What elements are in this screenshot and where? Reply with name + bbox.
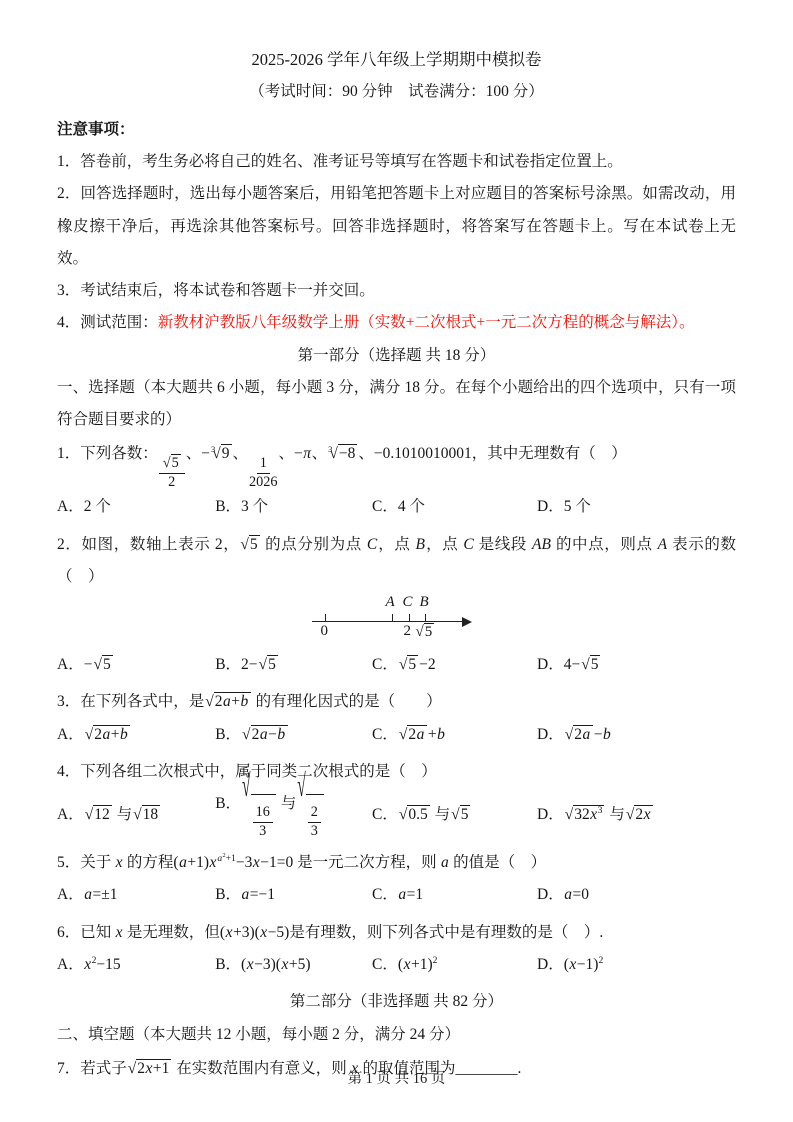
q6-option-c: C．(x+1)2: [372, 950, 537, 979]
notice-item-2: 2．回答选择题时，选出每小题答案后，用铅笔把答题卡上对应题目的答案标号涂黑。如需…: [57, 178, 736, 275]
q5-option-b: B．a=−1: [215, 880, 372, 909]
q2-option-c: C．√5−2: [372, 650, 537, 679]
question-4-options: A．√12 与√18 B．√163 与√23 C．√0.5 与√5 D．√32x…: [57, 789, 736, 840]
number-line-point-b-label: B: [420, 594, 429, 611]
q5-option-d: D．a=0: [537, 880, 736, 909]
page-footer: 第 1 页 共 16 页: [0, 1067, 793, 1088]
notice-item-4-scope: 新教材沪教版八年级数学上册（实数+二次根式+一元二次方程的概念与解法）。: [158, 314, 695, 331]
number-line-tick-b: [425, 614, 427, 622]
number-line-axis: [312, 621, 464, 622]
question-5-options: A．a=±1 B．a=−1 C．a=1 D．a=0: [57, 880, 736, 909]
exam-page: 2025-2026 学年八年级上学期期中模拟卷 （考试时间：90 分钟 试卷满分…: [0, 0, 793, 1122]
question-1-options: A．2 个 B．3 个 C．4 个 D．5 个: [57, 492, 736, 521]
q1-option-c: C．4 个: [372, 492, 537, 521]
section1-intro: 一、选择题（本大题共 6 小题，每小题 3 分，满分 18 分。在每个小题给出的…: [57, 372, 736, 436]
number-line-point-c-label: C: [403, 594, 413, 611]
q2-option-b: B．2−√5: [215, 650, 372, 679]
part1-heading: 第一部分（选择题 共 18 分）: [57, 340, 736, 372]
q1-option-a: A．2 个: [57, 492, 215, 521]
q1-option-b: B．3 个: [215, 492, 372, 521]
q6-option-d: D．(x−1)2: [537, 950, 736, 979]
question-3-stem: 3．在下列各式中，是√2a+b 的有理化因式的是（ ）: [57, 686, 736, 718]
question-2-options: A．−√5 B．2−√5 C．√5−2 D．4−√5: [57, 650, 736, 679]
number-line-point-a-label: A: [386, 594, 395, 611]
question-5-stem: 5．关于 x 的方程(a+1)xa2+1−3x−1=0 是一元二次方程，则 a …: [57, 847, 736, 879]
notice-item-3: 3．考试结束后，将本试卷和答题卡一并交回。: [57, 275, 736, 307]
q6-option-b: B．(x−3)(x+5): [215, 950, 372, 979]
number-line-figure: A C B 0 2 √5: [312, 594, 482, 648]
number-line-zero-label: 0: [321, 623, 329, 640]
q4-option-a: A．√12 与√18: [57, 800, 215, 829]
question-3-options: A．√2a+b B．√2a−b C．√2a+b D．√2a−b: [57, 720, 736, 749]
q5-option-a: A．a=±1: [57, 880, 215, 909]
q2-option-d: D．4−√5: [537, 650, 736, 679]
section2-intro: 二、填空题（本大题共 12 小题，每小题 2 分，满分 24 分）: [57, 1019, 736, 1051]
question-2-stem: 2．如图，数轴上表示 2，√5 的点分别为点 C，点 B，点 C 是线段 AB …: [57, 529, 736, 593]
question-1-stem: 1．下列各数：√52、−3√9、12026、−π、3√−8、−0.1010010…: [57, 438, 736, 491]
question-6-options: A．x2−15 B．(x−3)(x+5) C．(x+1)2 D．(x−1)2: [57, 950, 736, 979]
number-line-tick-c: [409, 614, 411, 622]
q4-option-d: D．√32x3 与√2x: [537, 800, 736, 829]
number-line-tick-a: [392, 614, 394, 622]
number-line-two-label: 2: [404, 623, 412, 640]
q2-option-a: A．−√5: [57, 650, 215, 679]
q3-option-d: D．√2a−b: [537, 720, 736, 749]
number-line-tick-zero: [325, 614, 327, 622]
question-6-stem: 6．已知 x 是无理数，但(x+3)(x−5)是有理数，则下列各式中是有理数的是…: [57, 917, 736, 949]
notice-item-4: 4．测试范围：新教材沪教版八年级数学上册（实数+二次根式+一元二次方程的概念与解…: [57, 307, 736, 339]
q3-option-a: A．√2a+b: [57, 720, 215, 749]
question-4-stem: 4．下列各组二次根式中，属于同类二次根式的是（ ）: [57, 756, 736, 788]
page-title: 2025-2026 学年八年级上学期期中模拟卷: [57, 46, 736, 70]
q4-option-c: C．√0.5 与√5: [372, 800, 537, 829]
number-line-sqrt5-label: √5: [415, 623, 436, 641]
notice-heading: 注意事项：: [57, 114, 736, 146]
q6-option-a: A．x2−15: [57, 950, 215, 979]
part2-heading: 第二部分（非选择题 共 82 分）: [57, 986, 736, 1018]
notice-item-4-prefix: 4．测试范围：: [57, 314, 158, 331]
q1-option-d: D．5 个: [537, 492, 736, 521]
q3-option-b: B．√2a−b: [215, 720, 372, 749]
q3-option-c: C．√2a+b: [372, 720, 537, 749]
q5-option-c: C．a=1: [372, 880, 537, 909]
page-subtitle: （考试时间：90 分钟 试卷满分：100 分）: [57, 79, 736, 101]
q4-option-b: B．√163 与√23: [215, 789, 372, 840]
number-line-arrowhead-icon: [462, 617, 472, 627]
notice-item-1: 1．答卷前，考生务必将自己的姓名、准考证号等填写在答题卡和试卷指定位置上。: [57, 146, 736, 178]
